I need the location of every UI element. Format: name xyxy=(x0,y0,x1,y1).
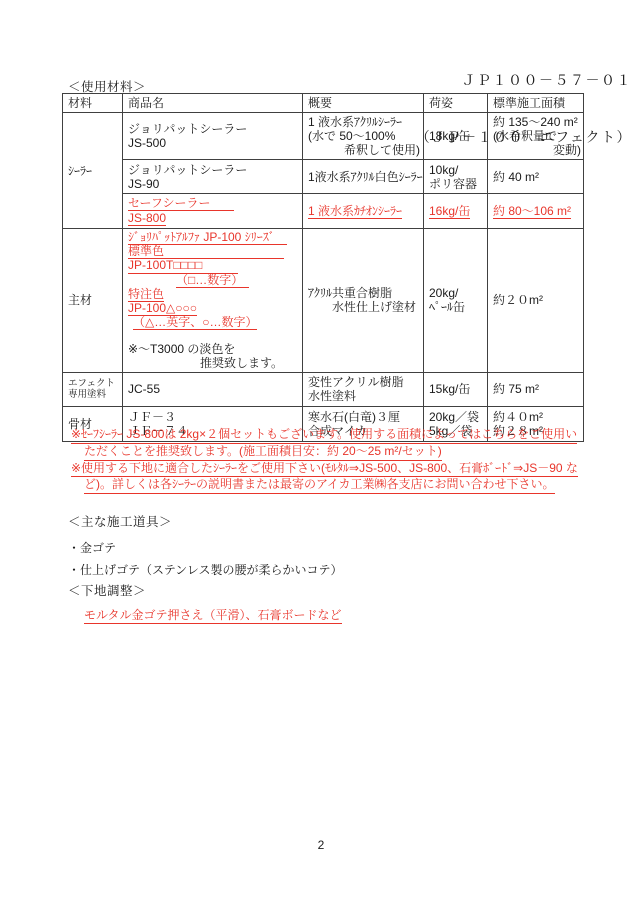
substrate-detail-line: モルタル金ゴテ押さえ（平滑）、石膏ボードなど xyxy=(84,606,342,624)
area-line: 約 75 m² xyxy=(493,382,578,396)
page-number: 2 xyxy=(0,838,642,852)
tools-section-title: ＜主な施工道具＞ xyxy=(68,512,343,530)
pack-line: 20kg/ xyxy=(429,286,482,300)
substrate-section-title: ＜下地調整＞ xyxy=(68,581,342,599)
summary-line: 1液水系ｱｸﾘﾙ白色ｼｰﾗｰ xyxy=(308,170,418,184)
product-code-line: ＪＦ－３ xyxy=(128,410,297,424)
area-line: 約 40 m² xyxy=(493,170,578,184)
product-code-line: JC-55 xyxy=(128,382,297,396)
cell-product-js500: ジョリパットシーラー JS-500 xyxy=(123,113,303,160)
cell-summary-main: ｱｸﾘﾙ共重合樹脂 水性仕上げ塗材 xyxy=(303,229,424,373)
footnote-line: ※使用する下地に適合したｼｰﾗｰをご使用下さい(ﾓﾙﾀﾙ⇒JS-500、JS-8… xyxy=(71,461,611,478)
product-code-line-red: JS-800 xyxy=(128,211,166,226)
cell-product-js800: セーフシーラー JS-800 xyxy=(123,194,303,229)
cell-summary-effect: 変性アクリル樹脂 水性塗料 xyxy=(303,372,424,406)
footnote-line: ど)。詳しくは各ｼｰﾗｰの説明書または最寄のアイカ工業㈱各支店にお問い合わせ下さ… xyxy=(71,477,611,494)
cell-pack-js90: 10kg/ ポリ容器 xyxy=(424,160,488,194)
materials-table: 材料 商品名 概要 荷姿 標準施工面積 ｼｰﾗｰ ジョリパットシーラー JS-5… xyxy=(62,93,584,442)
col-header-summary: 概要 xyxy=(303,94,424,113)
footnote-line: ※ｾｰﾌｼｰﾗｰ JS-800は 2kg×２個セットもございます。使用する面積に… xyxy=(71,427,611,444)
product-code-line: JS-90 xyxy=(128,177,297,191)
cell-summary-js800: 1 液水系ｶﾁｵﾝｼｰﾗｰ xyxy=(303,194,424,229)
footnote-line: ただくことを推奨致します。(施工面積目安：約 20～25 m²/セット) xyxy=(71,444,611,461)
material-label-sealer: ｼｰﾗｰ xyxy=(68,164,117,178)
cell-pack-js500: 18kg/缶 xyxy=(424,113,488,160)
pack-line: 20kg／袋 xyxy=(429,410,482,424)
cell-pack-effect: 15kg/缶 xyxy=(424,372,488,406)
summary-line: ｱｸﾘﾙ共重合樹脂 xyxy=(308,286,418,300)
material-label-effect: 専用塗料 xyxy=(68,389,117,400)
pack-line-red: 16kg/缶 xyxy=(429,204,470,219)
summary-line-red: 1 液水系ｶﾁｵﾝｼｰﾗｰ xyxy=(308,204,402,219)
document-page: ＪＰ１００－５７－０１ （ＪＰ－１００ エフェクト） ＜使用材料＞ 材料 商品名… xyxy=(0,0,642,909)
cell-area-js500: 約 135～240 m² (水希釈量で 変動) xyxy=(488,113,584,160)
table-row-js90: ジョリパットシーラー JS-90 1液水系ｱｸﾘﾙ白色ｼｰﾗｰ 10kg/ ポリ… xyxy=(63,160,584,194)
summary-line: 変性アクリル樹脂 xyxy=(308,375,418,389)
product-code-line: JS-500 xyxy=(128,136,297,150)
cell-area-main: 約２０m² xyxy=(488,229,584,373)
area-line: 約４０m² xyxy=(493,410,578,424)
tool-item-trowel: ・金ゴテ xyxy=(68,537,343,559)
area-line: (水希釈量で xyxy=(493,129,578,143)
area-line-red: 約 80～106 m² xyxy=(493,204,571,219)
table-row-js800: セーフシーラー JS-800 1 液水系ｶﾁｵﾝｼｰﾗｰ 16kg/缶 約 80… xyxy=(63,194,584,229)
custom-color-label-red: 特注色 xyxy=(128,288,164,302)
summary-line: 水性仕上げ塗材 xyxy=(308,300,418,314)
cell-material-effect: エフェクト 専用塗料 xyxy=(63,372,123,406)
col-header-pack: 荷姿 xyxy=(424,94,488,113)
col-header-product: 商品名 xyxy=(123,94,303,113)
summary-line: (水で 50～100% xyxy=(308,129,418,143)
product-name-line-red: セーフシーラー xyxy=(128,196,234,211)
table-row-effect-paint: エフェクト 専用塗料 JC-55 変性アクリル樹脂 水性塗料 15kg/缶 約 … xyxy=(63,372,584,406)
substrate-section: ＜下地調整＞ モルタル金ゴテ押さえ（平滑）、石膏ボードなど xyxy=(68,581,342,624)
tools-section: ＜主な施工道具＞ ・金ゴテ ・仕上げゴテ（ステンレス製の腰が柔らかいコテ） xyxy=(68,512,343,581)
recommend-note-line: ※～T3000 の淡色を xyxy=(128,343,297,356)
cell-summary-js90: 1液水系ｱｸﾘﾙ白色ｼｰﾗｰ xyxy=(303,160,424,194)
cell-product-js90: ジョリパットシーラー JS-90 xyxy=(123,160,303,194)
cell-area-effect: 約 75 m² xyxy=(488,372,584,406)
material-label-main: 主材 xyxy=(68,293,117,307)
cell-pack-js800: 16kg/缶 xyxy=(424,194,488,229)
material-label-effect: エフェクト xyxy=(68,378,117,389)
product-name-line: ジョリパットシーラー xyxy=(128,163,297,177)
col-header-area: 標準施工面積 xyxy=(488,94,584,113)
code-legend-red: （△…英字、○…数字） xyxy=(133,316,257,330)
footnotes-block: ※ｾｰﾌｼｰﾗｰ JS-800は 2kg×２個セットもございます。使用する面積に… xyxy=(71,427,611,494)
summary-line: 1 液水系ｱｸﾘﾙｼｰﾗｰ xyxy=(308,115,418,129)
table-row-js500: ｼｰﾗｰ ジョリパットシーラー JS-500 1 液水系ｱｸﾘﾙｼｰﾗｰ (水で… xyxy=(63,113,584,160)
standard-color-label-red: 標準色 xyxy=(128,245,284,259)
area-line: 約２０m² xyxy=(493,293,578,307)
cell-product-main: ｼﾞｮﾘﾊﾟｯﾄｱﾙﾌｧ JP-100 ｼﾘｰｽﾞ 標準色 JP-100T□□□… xyxy=(123,229,303,373)
tool-item-finishing-trowel: ・仕上げゴテ（ステンレス製の腰が柔らかいコテ） xyxy=(68,559,343,581)
recommend-note-line: 推奨致します。 xyxy=(128,357,297,370)
pack-line: ﾍﾟｰﾙ缶 xyxy=(429,300,482,314)
area-line: 約 135～240 m² xyxy=(493,115,578,129)
cell-material-main: 主材 xyxy=(63,229,123,373)
col-header-material: 材料 xyxy=(63,94,123,113)
summary-line: 水性塗料 xyxy=(308,389,418,403)
cell-area-js90: 約 40 m² xyxy=(488,160,584,194)
pack-line: ポリ容器 xyxy=(429,177,482,191)
cell-product-effect: JC-55 xyxy=(123,372,303,406)
code-legend-red: （□…数字） xyxy=(176,274,249,288)
pack-line: 18kg/缶 xyxy=(429,129,482,143)
summary-line: 希釈して使用) xyxy=(308,143,418,157)
summary-line: 寒水石(白竜)３厘 xyxy=(308,410,418,424)
cell-material-sealer: ｼｰﾗｰ xyxy=(63,113,123,229)
table-row-main-material: 主材 ｼﾞｮﾘﾊﾟｯﾄｱﾙﾌｧ JP-100 ｼﾘｰｽﾞ 標準色 JP-100T… xyxy=(63,229,584,373)
cell-area-js800: 約 80～106 m² xyxy=(488,194,584,229)
cell-summary-js500: 1 液水系ｱｸﾘﾙｼｰﾗｰ (水で 50～100% 希釈して使用) xyxy=(303,113,424,160)
cell-pack-main: 20kg/ ﾍﾟｰﾙ缶 xyxy=(424,229,488,373)
standard-color-code-red: JP-100T□□□□ xyxy=(128,259,238,273)
area-line: 変動) xyxy=(493,143,578,157)
doc-code: ＪＰ１００－５７－０１ xyxy=(416,71,632,90)
pack-line: 10kg/ xyxy=(429,163,482,177)
pack-line: 15kg/缶 xyxy=(429,382,482,396)
table-header-row: 材料 商品名 概要 荷姿 標準施工面積 xyxy=(63,94,584,113)
product-name-line: ジョリパットシーラー xyxy=(128,122,297,136)
